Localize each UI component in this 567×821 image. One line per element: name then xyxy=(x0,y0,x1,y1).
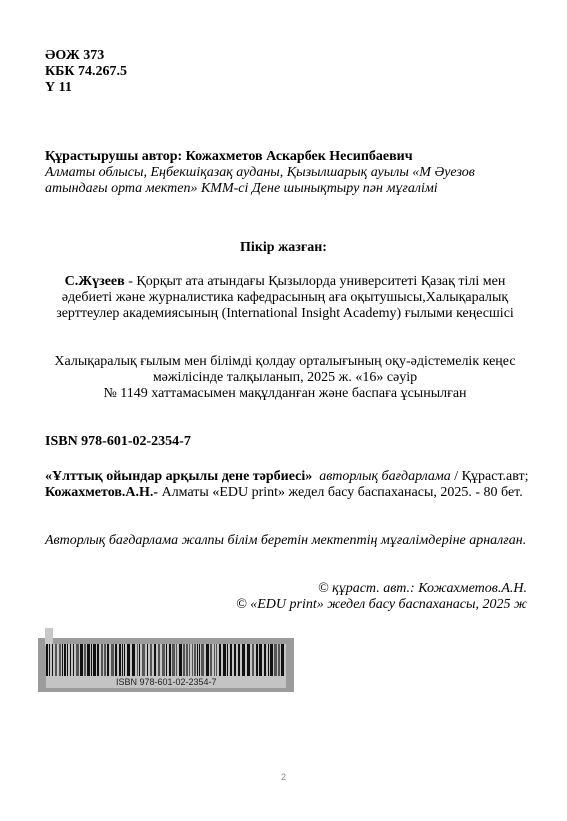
approval-line-2: мәжілісінде талқыланып, 2025 ж. «16» сәу… xyxy=(40,370,530,386)
author-affiliation-1: Алматы облысы, Еңбекшіқазақ ауданы, Қызы… xyxy=(45,165,535,181)
reviewer-line-3: зерттеулер академиясының (International … xyxy=(40,306,530,322)
approval-line-1: Халықаралық ғылым мен білімді қолдау орт… xyxy=(40,354,530,370)
approval-line-3: № 1149 хаттамасымен мақұлданған және бас… xyxy=(40,386,530,402)
book-title: «Ұлттық ойындар арқылы дене тәрбиесі» xyxy=(45,469,312,484)
barcode-label: ISBN 978-601-02-2354-7 xyxy=(46,676,286,688)
copyright-block: © құраст. авт.: Кожахметов.А.Н. © «EDU p… xyxy=(236,581,527,613)
compiler-author: Құрастырушы автор: Кожахметов Аскарбек Н… xyxy=(45,149,535,165)
reviewer-details: С.Жүзеев - Қорқыт ата атындағы Қызылорда… xyxy=(40,274,530,322)
author-block: Құрастырушы автор: Кожахметов Аскарбек Н… xyxy=(45,149,535,197)
udk-codes: ӘОЖ 373 КБК 74.267.5 Ү 11 xyxy=(45,48,127,96)
approval-note: Халықаралық ғылым мен білімді қолдау орт… xyxy=(40,354,530,402)
reviewer-line-2: әдебиеті және журналистика кафедрасының … xyxy=(40,290,530,306)
reviewer-line-1: - Қорқыт ата атындағы Қызылорда универси… xyxy=(125,274,506,289)
purpose-note: Авторлық бағдарлама жалпы білім беретін … xyxy=(45,533,526,549)
citation-publisher: Алматы «EDU print» жедел басу баспаханас… xyxy=(158,485,523,500)
reviewer-name: С.Жүзеев xyxy=(65,274,125,289)
udk-code: ӘОЖ 373 xyxy=(45,48,127,64)
citation-author: Кожахметов.А.Н.- xyxy=(45,485,158,500)
citation-suffix: / Құраст.авт; xyxy=(451,469,529,484)
book-type: авторлық бағдарлама xyxy=(319,469,451,484)
bbk-code: КБК 74.267.5 xyxy=(45,64,127,80)
isbn: ISBN 978-601-02-2354-7 xyxy=(45,434,191,450)
copyright-author: © құраст. авт.: Кожахметов.А.Н. xyxy=(236,581,527,597)
reviewer-heading: Пікір жазған: xyxy=(0,240,567,256)
author-sign: Ү 11 xyxy=(45,80,127,96)
bibliographic-citation: «Ұлттық ойындар арқылы дене тәрбиесі» ав… xyxy=(45,469,535,501)
page-number: 2 xyxy=(0,772,567,782)
barcode-icon xyxy=(46,644,286,676)
author-affiliation-2: атындағы орта мектеп» КММ-сі Дене шынықт… xyxy=(45,181,535,197)
copyright-publisher: © «EDU print» жедел басу баспаханасы, 20… xyxy=(236,597,527,613)
